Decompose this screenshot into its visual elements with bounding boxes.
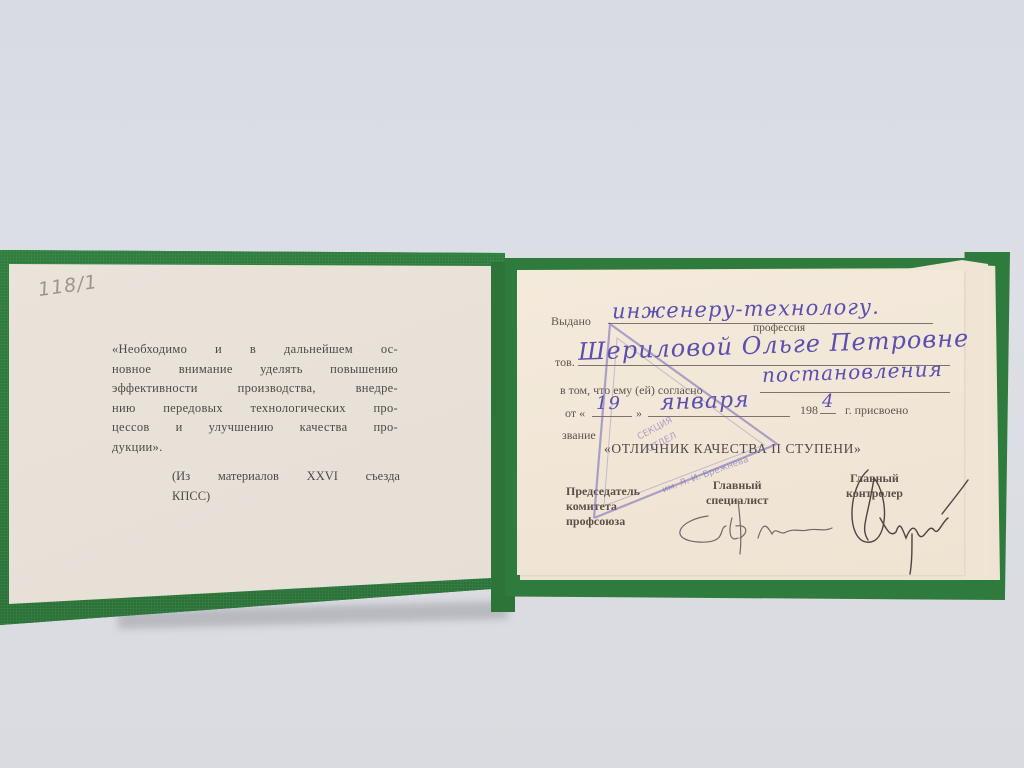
- source-line: КПСС): [172, 487, 400, 507]
- signatory-chief-controller: Главный контролер: [846, 471, 903, 501]
- party-quote: «Необходимо и в дальнейшем ос- новное вн…: [112, 340, 398, 457]
- quote-line: «Необходимо и в дальнейшем ос-: [112, 340, 398, 360]
- profession-handwritten: инженеру-технологу.: [612, 295, 880, 324]
- issued-label: Выдано: [551, 314, 591, 329]
- year-digit-handwritten: 4: [822, 391, 834, 412]
- signatory-line: профсоюза: [566, 514, 640, 529]
- signatory-line: Главный: [846, 471, 903, 486]
- source-line: (Из материалов XXVI съезда: [172, 467, 400, 487]
- quote-source: (Из материалов XXVI съезда КПСС): [172, 467, 400, 506]
- quote-line: цессов и улучшению качества про-: [112, 418, 398, 438]
- quote-line: новное внимание уделять повышению: [112, 360, 398, 380]
- day-close: »: [636, 406, 642, 421]
- quote-line: дукции».: [112, 438, 398, 458]
- signatory-line: контролер: [846, 486, 903, 501]
- title-label: звание: [562, 428, 596, 443]
- signatory-line: Председатель: [566, 484, 640, 499]
- award-title: «ОТЛИЧНИК КАЧЕСТВА II СТУПЕНИ»: [604, 441, 861, 457]
- quote-line: эффективности производства, внедре-: [112, 379, 398, 399]
- comrade-label: тов.: [555, 355, 575, 370]
- quote-line: нию передовых технологических про-: [112, 399, 398, 419]
- month-handwritten: января: [660, 387, 750, 415]
- basis-underline: [760, 392, 950, 393]
- signatory-union-chair: Председатель комитета профсоюза: [566, 484, 640, 529]
- from-label: от «: [565, 406, 585, 421]
- year-underline: [820, 413, 836, 414]
- signatory-line: специалист: [706, 493, 768, 508]
- signatory-line: комитета: [566, 499, 640, 514]
- signatory-line: Главный: [706, 478, 768, 493]
- year-prefix: 198: [800, 403, 818, 418]
- day-handwritten: 19: [596, 393, 621, 414]
- year-suffix: г. присвоено: [845, 403, 908, 418]
- signatory-chief-specialist: Главный специалист: [706, 478, 768, 508]
- day-underline: [592, 416, 632, 417]
